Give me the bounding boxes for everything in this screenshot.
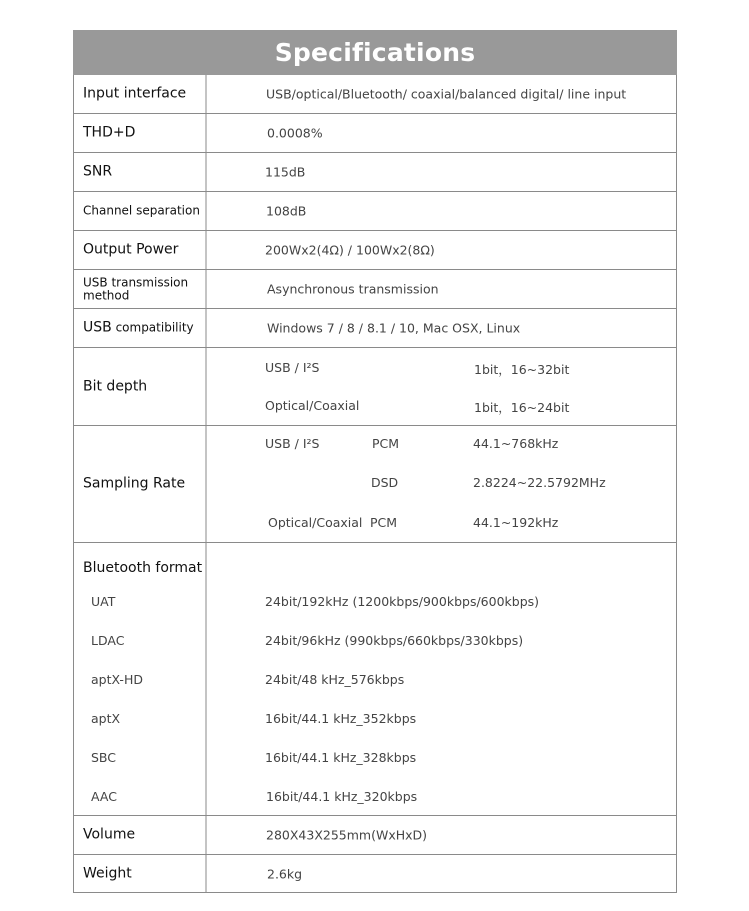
codec-value: 16bit/44.1 kHz_352kbps bbox=[265, 711, 416, 726]
column-divider bbox=[205, 192, 207, 230]
row-label: Output Power bbox=[83, 243, 178, 258]
row-label: Channel separation bbox=[83, 205, 200, 218]
row-label: USB compatibility bbox=[83, 321, 194, 336]
bit-depth-source: USB / I²S bbox=[265, 360, 319, 375]
column-divider bbox=[205, 348, 207, 425]
table-row-channel-separation: Channel separation 108dB bbox=[74, 191, 676, 230]
row-label-line2: method bbox=[83, 288, 129, 302]
sampling-value: 44.1~768kHz bbox=[473, 436, 558, 451]
table-row-bit-depth: Bit depth USB / I²S 1bit，16~32bit Optica… bbox=[74, 347, 676, 425]
column-divider bbox=[205, 426, 207, 542]
column-divider bbox=[205, 309, 207, 347]
sampling-source: USB / I²S bbox=[265, 436, 319, 451]
table-row-output-power: Output Power 200Wx2(4Ω) / 100Wx2(8Ω) bbox=[74, 230, 676, 269]
codec-value: 24bit/96kHz (990kbps/660kbps/330kbps) bbox=[265, 633, 523, 648]
row-label: Input interface bbox=[83, 87, 186, 102]
column-divider bbox=[205, 270, 207, 308]
row-value: 108dB bbox=[266, 204, 306, 219]
codec-name: AAC bbox=[91, 789, 117, 804]
row-label-usb: USB bbox=[83, 320, 112, 336]
codec-name: SBC bbox=[91, 750, 116, 765]
codec-name: UAT bbox=[91, 594, 115, 609]
row-label-compat: compatibility bbox=[112, 321, 194, 335]
row-label: USB transmission method bbox=[83, 276, 188, 301]
table-body: Input interface USB/optical/Bluetooth/ c… bbox=[73, 75, 677, 893]
row-label: Bluetooth format bbox=[83, 560, 202, 576]
bit-depth-value: 1bit，16~24bit bbox=[474, 398, 569, 416]
sampling-format: PCM bbox=[370, 515, 397, 530]
bit-depth-value: 1bit，16~32bit bbox=[474, 360, 569, 378]
row-value: 0.0008% bbox=[267, 126, 323, 141]
specifications-table: Specifications Input interface USB/optic… bbox=[73, 30, 677, 893]
codec-value: 24bit/48 kHz_576kbps bbox=[265, 672, 404, 687]
codec-value: 24bit/192kHz (1200kbps/900kbps/600kbps) bbox=[265, 594, 539, 609]
column-divider bbox=[205, 231, 207, 269]
table-row-weight: Weight 2.6kg bbox=[74, 854, 676, 892]
row-label: THD+D bbox=[83, 126, 135, 141]
codec-name: aptX-HD bbox=[91, 672, 143, 687]
codec-value: 16bit/44.1 kHz_328kbps bbox=[265, 750, 416, 765]
sampling-value: 44.1~192kHz bbox=[473, 515, 558, 530]
row-label: Sampling Rate bbox=[83, 477, 185, 492]
row-value: USB/optical/Bluetooth/ coaxial/balanced … bbox=[266, 87, 626, 102]
sampling-format: DSD bbox=[371, 475, 398, 490]
row-value: 280X43X255mm(WxHxD) bbox=[266, 828, 427, 843]
row-value: 115dB bbox=[265, 165, 305, 180]
row-value: Asynchronous transmission bbox=[267, 282, 439, 297]
column-divider bbox=[205, 543, 207, 815]
codec-value: 16bit/44.1 kHz_320kbps bbox=[266, 789, 417, 804]
codec-name: aptX bbox=[91, 711, 120, 726]
row-label: Bit depth bbox=[83, 379, 147, 394]
table-row-usb-compatibility: USB compatibility Windows 7 / 8 / 8.1 / … bbox=[74, 308, 676, 347]
column-divider bbox=[205, 153, 207, 191]
table-row-volume: Volume 280X43X255mm(WxHxD) bbox=[74, 815, 676, 854]
bit-depth-source: Optical/Coaxial bbox=[265, 398, 359, 413]
row-label: Volume bbox=[83, 828, 135, 843]
sampling-format: PCM bbox=[372, 436, 399, 451]
table-row-usb-transmission: USB transmission method Asynchronous tra… bbox=[74, 269, 676, 308]
table-row-thd: THD+D 0.0008% bbox=[74, 113, 676, 152]
sampling-value: 2.8224~22.5792MHz bbox=[473, 475, 606, 490]
row-value: 200Wx2(4Ω) / 100Wx2(8Ω) bbox=[265, 243, 435, 258]
row-label: Weight bbox=[83, 866, 132, 881]
table-row-input-interface: Input interface USB/optical/Bluetooth/ c… bbox=[74, 75, 676, 113]
table-row-bluetooth-format: Bluetooth format UAT 24bit/192kHz (1200k… bbox=[74, 542, 676, 815]
column-divider bbox=[205, 816, 207, 854]
row-label: SNR bbox=[83, 165, 112, 180]
table-title: Specifications bbox=[73, 30, 677, 75]
row-value: Windows 7 / 8 / 8.1 / 10, Mac OSX, Linux bbox=[267, 321, 520, 336]
codec-name: LDAC bbox=[91, 633, 124, 648]
column-divider bbox=[205, 114, 207, 152]
column-divider bbox=[205, 75, 207, 113]
column-divider bbox=[205, 855, 207, 892]
table-row-sampling-rate: Sampling Rate USB / I²S PCM 44.1~768kHz … bbox=[74, 425, 676, 542]
table-row-snr: SNR 115dB bbox=[74, 152, 676, 191]
sampling-source: Optical/Coaxial bbox=[268, 515, 362, 530]
row-value: 2.6kg bbox=[267, 866, 302, 881]
